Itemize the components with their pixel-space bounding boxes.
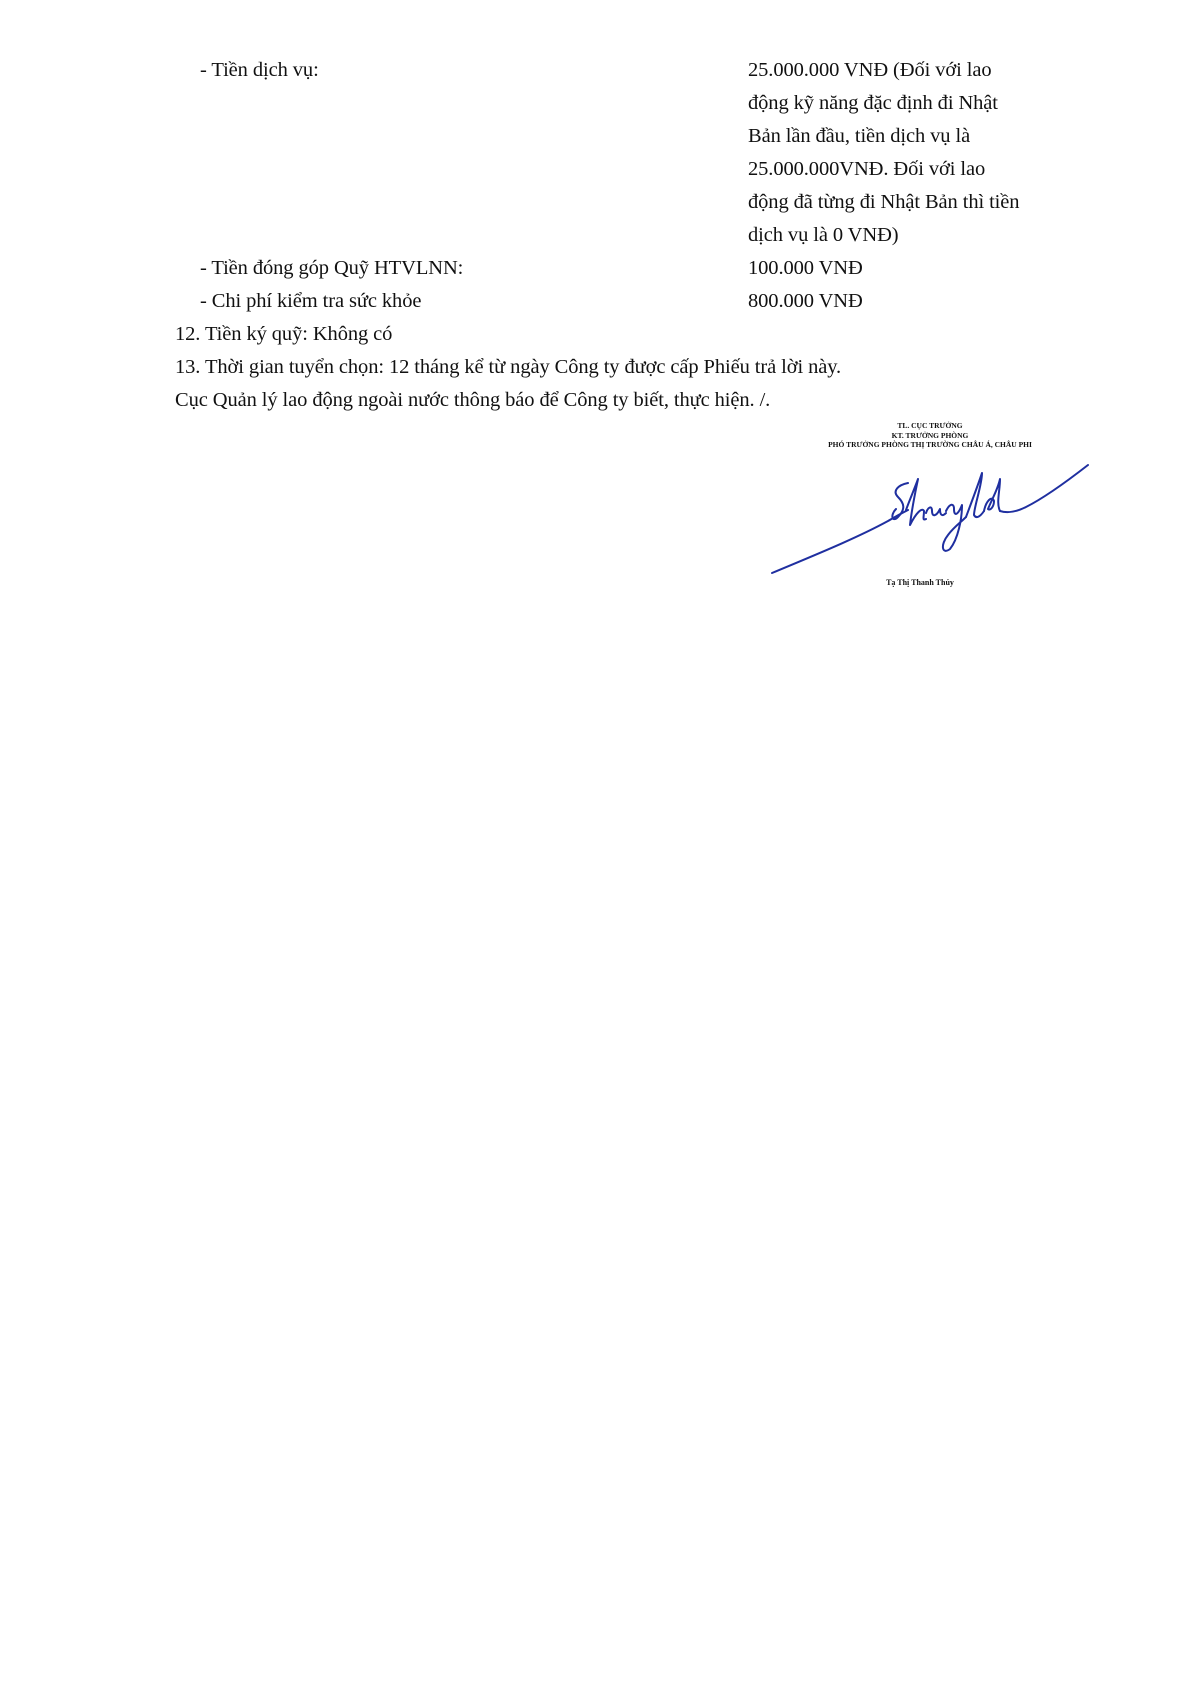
handwritten-signature xyxy=(770,455,1090,585)
fee-label-health-check: - Chi phí kiểm tra sức khỏe xyxy=(200,285,421,318)
fee-value-line: dịch vụ là 0 VNĐ) xyxy=(748,219,1078,252)
fee-value-line: 25.000.000VNĐ. Đối với lao xyxy=(748,153,1078,186)
document-page: - Tiền dịch vụ: 25.000.000 VNĐ (Đối với … xyxy=(0,0,1191,1684)
fee-value-health-check: 800.000 VNĐ xyxy=(748,285,1078,318)
fee-value-line: động đã từng đi Nhật Bản thì tiền xyxy=(748,186,1078,219)
fee-value-line: động kỹ năng đặc định đi Nhật xyxy=(748,87,1078,120)
closing-notice: Cục Quản lý lao động ngoài nước thông bá… xyxy=(175,384,770,417)
fee-value-line: Bản lần đầu, tiền dịch vụ là xyxy=(748,120,1078,153)
fee-value-fund: 100.000 VNĐ xyxy=(748,252,1078,285)
fee-value-service: 25.000.000 VNĐ (Đối với lao động kỹ năng… xyxy=(748,54,1078,252)
fee-label-fund: - Tiền đóng góp Quỹ HTVLNN: xyxy=(200,252,463,285)
signature-title-line: PHÓ TRƯỞNG PHÒNG THỊ TRƯỜNG CHÂU Á, CHÂU… xyxy=(760,440,1100,450)
fee-value-line: 25.000.000 VNĐ (Đối với lao xyxy=(748,54,1078,87)
signer-name: Tạ Thị Thanh Thúy xyxy=(800,578,1040,587)
item-12-deposit: 12. Tiền ký quỹ: Không có xyxy=(175,318,392,351)
item-13-selection-period: 13. Thời gian tuyển chọn: 12 tháng kể từ… xyxy=(175,351,841,384)
fee-label-service: - Tiền dịch vụ: xyxy=(200,54,319,87)
signature-title: TL. CỤC TRƯỞNG KT. TRƯỞNG PHÒNG PHÓ TRƯỞ… xyxy=(760,421,1100,450)
signature-title-line: KT. TRƯỞNG PHÒNG xyxy=(760,431,1100,441)
signature-title-line: TL. CỤC TRƯỞNG xyxy=(760,421,1100,431)
